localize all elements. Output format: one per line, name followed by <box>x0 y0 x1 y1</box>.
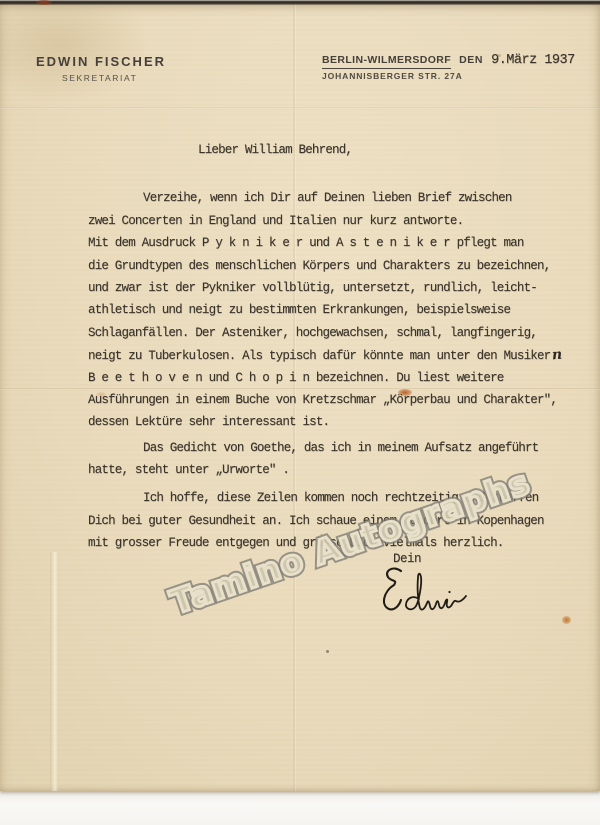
ink-speck <box>326 650 329 653</box>
body-line: B e e t h o v e n und C h o p i n bezeic… <box>88 367 566 389</box>
body-line: Verzeihe, wenn ich Dir auf Deinen lieben… <box>88 187 566 209</box>
body-line: und zwar ist der Pykniker vollblütig, un… <box>88 277 566 299</box>
scanned-letter-page: EDWIN FISCHER SEKRETARIAT BERLIN-WILMERS… <box>0 0 600 825</box>
body-line: Mit dem Ausdruck P y k n i k e r und A s… <box>88 232 566 254</box>
horizontal-crease-upper <box>0 107 600 109</box>
rust-stain <box>562 616 571 624</box>
letterhead-name: EDWIN FISCHER <box>36 54 166 69</box>
letterhead-place: BERLIN-WILMERSDORF <box>322 54 451 69</box>
body-line: athletisch und neigt zu bestimmten Erkra… <box>88 299 566 321</box>
typed-date: 9.März 1937 <box>491 53 575 68</box>
scan-background-bottom <box>0 791 600 825</box>
body-line: zwei Concerten in England und Italien nu… <box>88 210 566 232</box>
letter-paper: EDWIN FISCHER SEKRETARIAT BERLIN-WILMERS… <box>0 4 600 791</box>
signature-edwin: Edwin <box>378 562 478 625</box>
salutation: Lieber William Behrend, <box>198 139 566 161</box>
body-line: die Grundtypen des menschlichen Körpers … <box>88 255 566 277</box>
letterhead-place-date-row: BERLIN-WILMERSDORF DEN 9.März 1937 <box>322 53 575 69</box>
handwritten-correction-n: n <box>552 344 564 367</box>
scan-top-edge <box>0 0 600 5</box>
signature-ink: Edwin <box>378 562 478 620</box>
body-line: Ausführungen in einem Buche von Kretzsch… <box>88 389 566 411</box>
body-line-text: neigt zu Tuberkulosen. Als typisch dafür… <box>88 349 550 363</box>
body-line-with-handwritten-n: neigt zu Tuberkulosen. Als typisch dafür… <box>88 344 566 366</box>
body-line: Schlaganfällen. Der Asteniker, hochgewac… <box>88 322 566 344</box>
body-line: dessen Lektüre sehr interessant ist. <box>88 411 566 433</box>
letterhead-address: JOHANNISBERGER STR. 27A <box>322 71 463 81</box>
body-line: Das Gedicht von Goethe, das ich in meine… <box>88 437 566 459</box>
left-fold-crease <box>50 552 59 791</box>
letterhead-subtitle: SEKRETARIAT <box>62 73 137 83</box>
letterhead-den-label: DEN <box>459 54 483 66</box>
top-edge-stain <box>36 0 52 5</box>
